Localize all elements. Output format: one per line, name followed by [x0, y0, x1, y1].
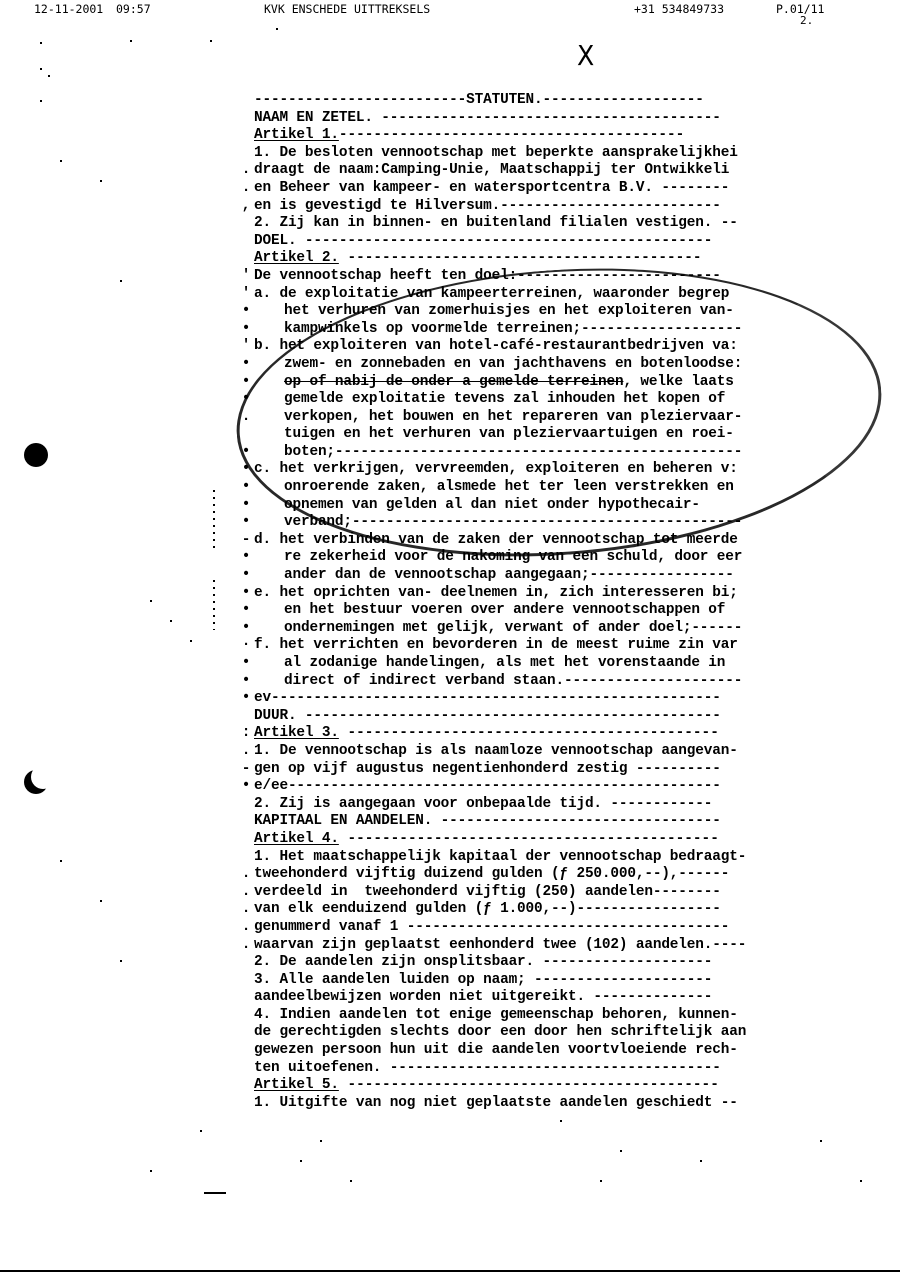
line-text: 1. Uitgifte van nog niet geplaatste aand…	[254, 1095, 738, 1111]
document-line: Artikel 5. -----------------------------…	[238, 1077, 878, 1095]
page-bottom-edge	[0, 1270, 900, 1272]
document-line: 'a. de exploitatie van kampeerterreinen,…	[238, 286, 878, 304]
scan-speck	[150, 1170, 152, 1172]
document-line: de gerechtigden slechts door een door he…	[238, 1024, 878, 1042]
margin-dot: .	[241, 937, 251, 955]
margin-dots	[213, 490, 215, 550]
dash-fill: ----------------------------------------…	[339, 725, 719, 743]
document-line: DUUR. ----------------------------------…	[238, 708, 878, 726]
document-line: 'b. het exploiteren van hotel-café-resta…	[238, 338, 878, 356]
scan-speck	[48, 75, 50, 77]
margin-dot: •	[241, 514, 251, 532]
line-text: van elk eenduizend gulden (ƒ 1.000,--)--…	[254, 901, 721, 917]
document-line: .verdeeld in tweehonderd vijftig (250) a…	[238, 884, 878, 902]
handwritten-x-mark: X	[577, 42, 594, 70]
document-line: ·f. het verrichten en bevorderen in de m…	[238, 637, 878, 655]
margin-dot: .	[241, 409, 251, 427]
line-text: het verhuren van zomerhuisjes en het exp…	[284, 303, 734, 319]
margin-dot: •	[241, 690, 251, 708]
margin-dot: •	[241, 497, 251, 515]
document-line: .waarvan zijn geplaatst eenhonderd twee …	[238, 937, 878, 955]
document-line: 1. Uitgifte van nog niet geplaatste aand…	[238, 1095, 878, 1113]
document-line: •onroerende zaken, alsmede het ter leen …	[238, 479, 878, 497]
document-line: KAPITAAL EN AANDELEN. ------------------…	[238, 813, 878, 831]
margin-dot: .	[241, 884, 251, 902]
line-text-tail: , welke laats	[623, 374, 733, 390]
margin-dot: '	[241, 338, 251, 356]
margin-dot: •	[241, 391, 251, 409]
scan-speck	[350, 1180, 352, 1182]
scan-speck	[320, 1140, 322, 1142]
scan-speck	[560, 1120, 562, 1122]
scan-speck	[210, 40, 212, 42]
document-line: gewezen persoon hun uit die aandelen voo…	[238, 1042, 878, 1060]
line-text: f. het verrichten en bevorderen in de me…	[254, 637, 738, 653]
margin-dot: ,	[241, 198, 251, 216]
margin-dot: •	[241, 479, 251, 497]
scan-speck	[300, 1160, 302, 1162]
scan-speck	[40, 100, 42, 102]
line-text: a. de exploitatie van kampeerterreinen, …	[254, 286, 729, 302]
document-line: •ev-------------------------------------…	[238, 690, 878, 708]
scan-speck	[620, 1150, 622, 1152]
margin-dot: •	[241, 549, 251, 567]
margin-dot: •	[241, 356, 251, 374]
margin-dot: •	[241, 620, 251, 638]
document-line: ,en is gevestigd te Hilversum.----------…	[238, 198, 878, 216]
fax-header: 12-11-2001 09:57 KVK ENSCHEDE UITTREKSEL…	[0, 0, 900, 18]
line-text: ten uitoefenen. ------------------------…	[254, 1060, 721, 1076]
line-text: verkopen, het bouwen en het repareren va…	[284, 409, 742, 425]
document-line: •c. het verkrijgen, vervreemden, exploit…	[238, 461, 878, 479]
scan-speck	[130, 40, 132, 42]
punch-hole	[24, 443, 48, 467]
margin-dot: ·	[241, 637, 251, 655]
line-text: e. het oprichten van- deelnemen in, zich…	[254, 585, 738, 601]
document-line: •het verhuren van zomerhuisjes en het ex…	[238, 303, 878, 321]
scan-speck	[120, 960, 122, 962]
line-text: 3. Alle aandelen luiden op naam; -------…	[254, 972, 712, 988]
line-text: 2. Zij kan in binnen- en buitenland fili…	[254, 215, 738, 231]
line-text: Artikel 1.	[254, 127, 339, 143]
line-text: ev--------------------------------------…	[254, 690, 721, 706]
line-text: gewezen persoon hun uit die aandelen voo…	[254, 1042, 738, 1058]
line-text: Artikel 3.	[254, 725, 339, 741]
document-line: .tweehonderd vijftig duizend gulden (ƒ 2…	[238, 866, 878, 884]
line-text: verband;--------------------------------…	[284, 514, 742, 530]
margin-dot: '	[241, 286, 251, 304]
scan-speck	[100, 900, 102, 902]
margin-dot: •	[241, 778, 251, 796]
line-text: DUUR. ----------------------------------…	[254, 708, 721, 724]
scan-speck	[60, 860, 62, 862]
document-line: •e. het oprichten van- deelnemen in, zic…	[238, 585, 878, 603]
document-line: 2. De aandelen zijn onsplitsbaar. ------…	[238, 954, 878, 972]
document-line: •boten;---------------------------------…	[238, 444, 878, 462]
scan-speck	[820, 1140, 822, 1142]
document-line: .van elk eenduizend gulden (ƒ 1.000,--)-…	[238, 901, 878, 919]
line-text: NAAM EN ZETEL. -------------------------…	[254, 110, 721, 126]
margin-dot: .	[241, 919, 251, 937]
scan-speck	[600, 1180, 602, 1182]
line-text: gen op vijf augustus negentienhonderd ze…	[254, 761, 721, 777]
dash-fill: ----------------------------------------…	[339, 831, 719, 849]
line-text: 4. Indien aandelen tot enige gemeenschap…	[254, 1007, 738, 1023]
line-text: de gerechtigden slechts door een door he…	[254, 1024, 746, 1040]
scan-speck	[200, 1130, 202, 1132]
document-line: •op of nabij de onder a gemelde terreine…	[238, 374, 878, 392]
document-line: DOEL. ----------------------------------…	[238, 233, 878, 251]
line-text: waarvan zijn geplaatst eenhonderd twee (…	[254, 937, 746, 953]
statutes-document: -------------------------STATUTEN.------…	[238, 92, 878, 1112]
line-text: opnemen van gelden al dan niet onder hyp…	[284, 497, 700, 513]
document-line: .verkopen, het bouwen en het repareren v…	[238, 409, 878, 427]
margin-dot: '	[241, 268, 251, 286]
line-text: en het bestuur voeren over andere vennoo…	[284, 602, 725, 618]
line-text: onroerende zaken, alsmede het ter leen v…	[284, 479, 734, 495]
line-text: en Beheer van kampeer- en watersportcent…	[254, 180, 729, 196]
line-text: Artikel 4.	[254, 831, 339, 847]
dash-fill: ----------------------------------------…	[339, 250, 702, 268]
document-line: •direct of indirect verband staan.------…	[238, 673, 878, 691]
margin-dot: •	[241, 461, 251, 479]
line-text: tweehonderd vijftig duizend gulden (ƒ 25…	[254, 866, 729, 882]
margin-dot: -	[241, 761, 251, 779]
scan-speck	[276, 28, 278, 30]
margin-dot: •	[241, 374, 251, 392]
fax-phone: +31 534849733	[634, 0, 724, 18]
line-text: 1. Het maatschappelijk kapitaal der venn…	[254, 849, 746, 865]
margin-dot: -	[241, 532, 251, 550]
document-line: .1. De vennootschap is als naamloze venn…	[238, 743, 878, 761]
margin-dot: •	[241, 602, 251, 620]
document-line: -gen op vijf augustus negentienhonderd z…	[238, 761, 878, 779]
document-line: Artikel 2. -----------------------------…	[238, 250, 878, 268]
document-line: ten uitoefenen. ------------------------…	[238, 1060, 878, 1078]
line-text: KAPITAAL EN AANDELEN. ------------------…	[254, 813, 721, 829]
line-text: kampwinkels op voormelde terreinen;-----…	[284, 321, 742, 337]
line-text: draagt de naam:Camping-Unie, Maatschappi…	[254, 162, 729, 178]
line-text: tuigen en het verhuren van pleziervaartu…	[284, 426, 734, 442]
document-line: •opnemen van gelden al dan niet onder hy…	[238, 497, 878, 515]
dash-fill: ----------------------------------------	[339, 127, 684, 145]
margin-dot: .	[241, 743, 251, 761]
line-text: e/ee------------------------------------…	[254, 778, 721, 794]
fax-date: 12-11-2001	[34, 0, 103, 18]
margin-dot: •	[241, 673, 251, 691]
document-line: aandeelbewijzen worden niet uitgereikt. …	[238, 989, 878, 1007]
document-line: •kampwinkels op voormelde terreinen;----…	[238, 321, 878, 339]
scan-speck	[120, 280, 122, 282]
fax-sender: KVK ENSCHEDE UITTREKSELS	[264, 0, 430, 18]
document-line: .genummerd vanaf 1 ---------------------…	[238, 919, 878, 937]
margin-dot: •	[241, 655, 251, 673]
document-line: •re zekerheid voor de nakoming van een s…	[238, 549, 878, 567]
scan-speck	[700, 1160, 702, 1162]
line-text: boten;----------------------------------…	[284, 444, 742, 460]
line-text: 2. De aandelen zijn onsplitsbaar. ------…	[254, 954, 712, 970]
scan-speck	[170, 620, 172, 622]
document-line: •gemelde exploitatie tevens zal inhouden…	[238, 391, 878, 409]
line-text: 1. De vennootschap is als naamloze venno…	[254, 743, 738, 759]
fax-time: 09:57	[116, 0, 151, 18]
document-line: 1. De besloten vennootschap met beperkte…	[238, 145, 878, 163]
line-text: verdeeld in tweehonderd vijftig (250) aa…	[254, 884, 721, 900]
line-text: 1. De besloten vennootschap met beperkte…	[254, 145, 738, 161]
margin-dot: •	[241, 585, 251, 603]
line-text: Artikel 5.	[254, 1077, 339, 1093]
document-lines: NAAM EN ZETEL. -------------------------…	[238, 110, 878, 1113]
line-text: direct of indirect verband staan.-------…	[284, 673, 742, 689]
margin-dot: :	[241, 725, 251, 743]
document-line: .draagt de naam:Camping-Unie, Maatschapp…	[238, 162, 878, 180]
document-line: 3. Alle aandelen luiden op naam; -------…	[238, 972, 878, 990]
document-line: •ondernemingen met gelijk, verwant of an…	[238, 620, 878, 638]
line-text: 2. Zij is aangegaan voor onbepaalde tijd…	[254, 796, 712, 812]
page-number-mark: 2.	[800, 14, 813, 27]
line-text: al zodanige handelingen, als met het vor…	[284, 655, 725, 671]
document-line: 'De vennootschap heeft ten doel:--------…	[238, 268, 878, 286]
document-line: 1. Het maatschappelijk kapitaal der venn…	[238, 849, 878, 867]
document-line: •ander dan de vennootschap aangegaan;---…	[238, 567, 878, 585]
margin-dot: •	[241, 321, 251, 339]
document-line: •en het bestuur voeren over andere venno…	[238, 602, 878, 620]
line-text: Artikel 2.	[254, 250, 339, 266]
document-line: 2. Zij kan in binnen- en buitenland fili…	[238, 215, 878, 233]
margin-dots	[213, 580, 215, 630]
margin-dot: .	[241, 866, 251, 884]
line-text: genummerd vanaf 1 ----------------------…	[254, 919, 729, 935]
document-line: •e/ee-----------------------------------…	[238, 778, 878, 796]
dash-fill: ----------------------------------------…	[339, 1077, 719, 1095]
margin-dot: •	[241, 444, 251, 462]
document-title: -------------------------STATUTEN.------…	[238, 92, 878, 110]
document-line: NAAM EN ZETEL. -------------------------…	[238, 110, 878, 128]
line-text: ondernemingen met gelijk, verwant of and…	[284, 620, 742, 636]
margin-dot: .	[241, 180, 251, 198]
document-line: -d. het verbinden van de zaken der venno…	[238, 532, 878, 550]
line-text: en is gevestigd te Hilversum.-----------…	[254, 198, 721, 214]
line-text: c. het verkrijgen, vervreemden, exploite…	[254, 461, 738, 477]
document-line: :Artikel 3. ----------------------------…	[238, 725, 878, 743]
document-line: •al zodanige handelingen, als met het vo…	[238, 655, 878, 673]
line-text: b. het exploiteren van hotel-café-restau…	[254, 338, 738, 354]
line-text: gemelde exploitatie tevens zal inhouden …	[284, 391, 725, 407]
scan-speck	[190, 640, 192, 642]
line-text: ander dan de vennootschap aangegaan;----…	[284, 567, 734, 583]
document-line: Artikel 1.------------------------------…	[238, 127, 878, 145]
document-line: .en Beheer van kampeer- en watersportcen…	[238, 180, 878, 198]
scan-speck	[40, 42, 42, 44]
document-line: 2. Zij is aangegaan voor onbepaalde tijd…	[238, 796, 878, 814]
line-text: re zekerheid voor de nakoming van een sc…	[284, 549, 742, 565]
margin-dot: .	[241, 901, 251, 919]
scan-speck	[100, 180, 102, 182]
scan-speck	[150, 600, 152, 602]
line-text: d. het verbinden van de zaken der vennoo…	[254, 532, 738, 548]
line-text: op of nabij de onder a gemelde terreinen	[284, 374, 623, 390]
punch-hole-partial	[24, 770, 48, 794]
document-line: •zwem- en zonnebaden en van jachthavens …	[238, 356, 878, 374]
document-line: 4. Indien aandelen tot enige gemeenschap…	[238, 1007, 878, 1025]
document-line: tuigen en het verhuren van pleziervaartu…	[238, 426, 878, 444]
line-text: aandeelbewijzen worden niet uitgereikt. …	[254, 989, 712, 1005]
scan-artifact	[204, 1192, 226, 1194]
document-line: •verband;-------------------------------…	[238, 514, 878, 532]
document-line: Artikel 4. -----------------------------…	[238, 831, 878, 849]
line-text: DOEL. ----------------------------------…	[254, 233, 712, 249]
scan-speck	[860, 1180, 862, 1182]
line-text: De vennootschap heeft ten doel:---------…	[254, 268, 721, 284]
scan-speck	[430, 430, 432, 432]
line-text: zwem- en zonnebaden en van jachthavens e…	[284, 356, 742, 372]
margin-dot: •	[241, 567, 251, 585]
margin-dot: .	[241, 162, 251, 180]
margin-dot: •	[241, 303, 251, 321]
scan-speck	[60, 160, 62, 162]
scan-speck	[40, 68, 42, 70]
